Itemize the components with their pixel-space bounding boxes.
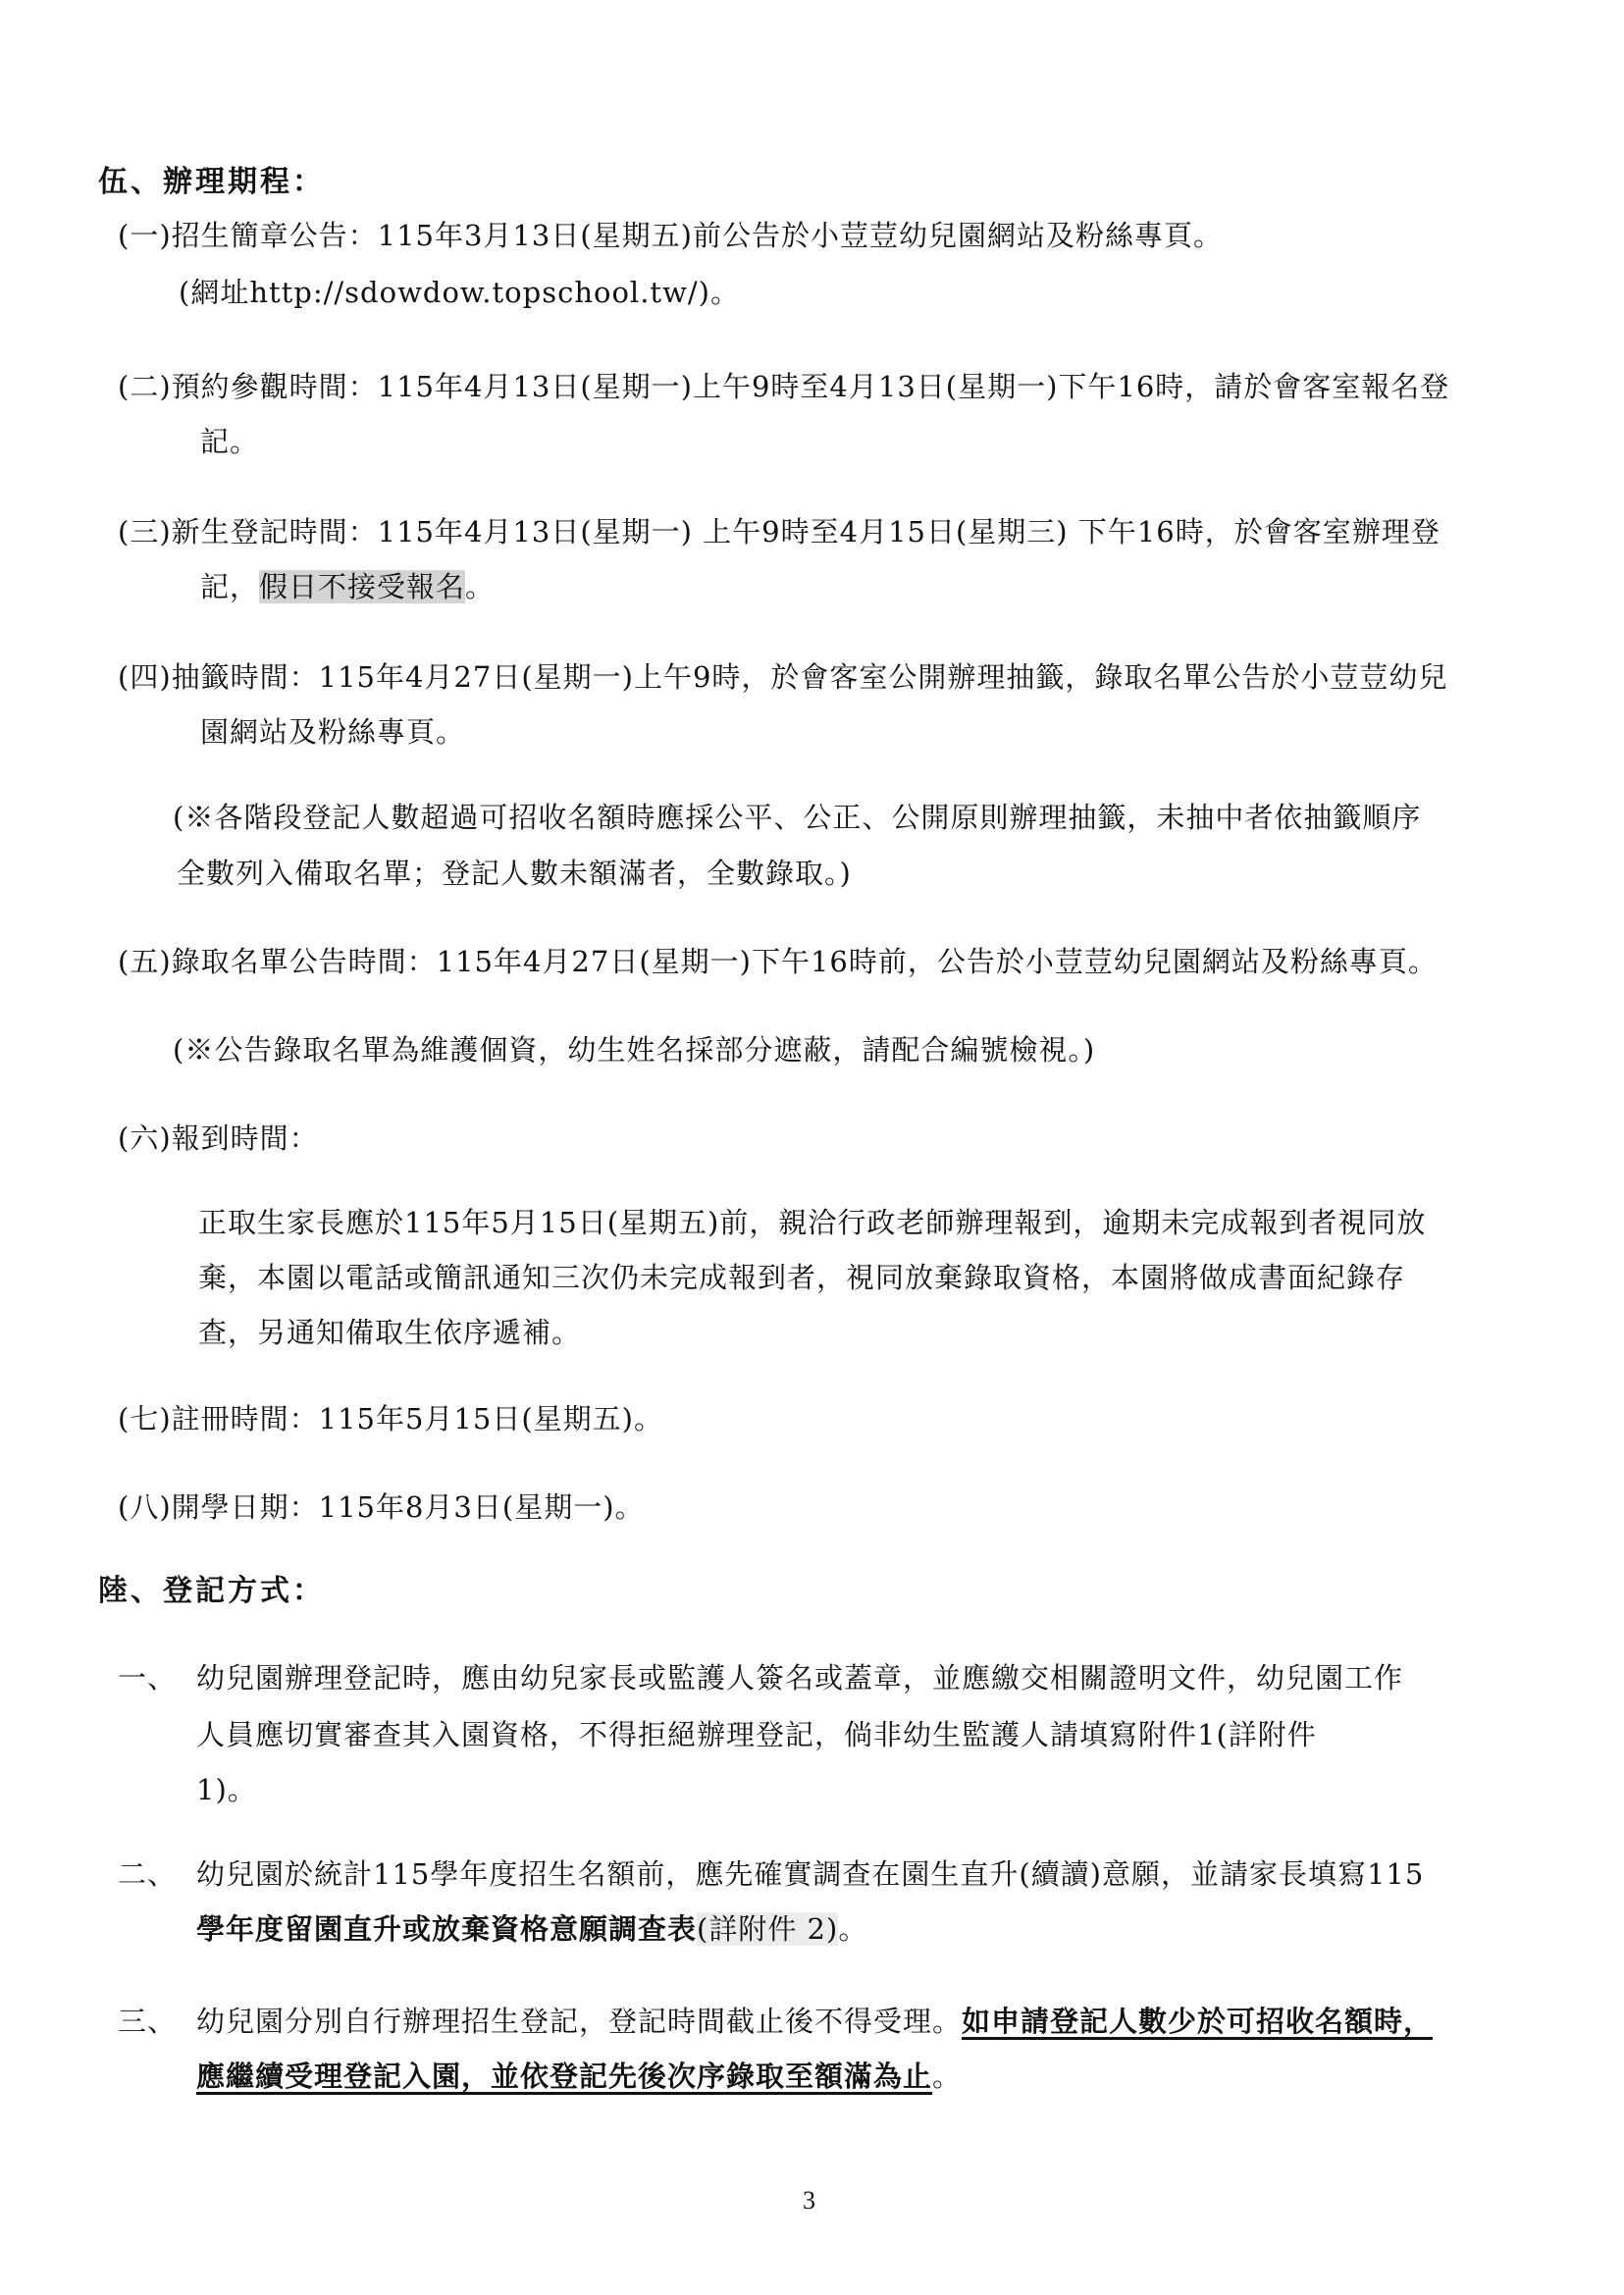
reg-item-3-emphasis-2: 應繼續受理登記入園，並依登記先後次序錄取至額滿為止 — [196, 2060, 932, 2093]
item-1-line-1: (一)招生簡章公告：115年3月13日(星期五)前公告於小荳荳幼兒園網站及粉絲專… — [118, 218, 1223, 253]
item-2-line-1: (二)預約參觀時間：115年4月13日(星期一)上午9時至4月13日(星期一)下… — [118, 369, 1449, 404]
reg-item-2-line-1: 幼兒園於統計115學年度招生名額前，應先確實調查在園生直升(續讀)意願，並請家長… — [196, 1856, 1424, 1892]
reg-item-1-marker: 一、 — [118, 1660, 177, 1695]
item-7-line-1: (七)註冊時間：115年5月15日(星期五)。 — [118, 1401, 663, 1436]
item-4-line-1: (四)抽籤時間：115年4月27日(星期一)上午9時，於會客室公開辦理抽籤，錄取… — [118, 659, 1447, 695]
item-1-url: (網址http://sdowdow.topschool.tw/)。 — [179, 275, 740, 310]
section-5-heading: 伍、辦理期程： — [98, 165, 325, 200]
lottery-note-line-1: (※各階段登記人數超過可招收名額時應採公平、公正、公開原則辦理抽籤，未抽中者依抽… — [173, 800, 1421, 835]
attachment-2-ref: (詳附件 2) — [697, 1912, 838, 1946]
item-3-suffix: 。 — [465, 570, 495, 603]
reg-item-1-line-2: 人員應切實審查其入園資格，不得拒絕辦理登記，倘非幼生監護人請填寫附件1(詳附件 — [196, 1717, 1317, 1752]
item-8-line-1: (八)開學日期：115年8月3日(星期一)。 — [118, 1489, 645, 1525]
reg-item-2-marker: 二、 — [118, 1856, 177, 1892]
reg-item-3-plain: 幼兒園分別自行辦理招生登記，登記時間截止後不得受理。 — [196, 2005, 962, 2038]
registration-body-line-1: 正取生家長應於115年5月15日(星期五)前，親洽行政老師辦理報到，逾期未完成報… — [198, 1205, 1426, 1240]
item-3-prefix: 記， — [200, 570, 259, 603]
reg-item-1-line-3: 1)。 — [196, 1772, 257, 1807]
reg-item-3-marker: 三、 — [118, 2004, 177, 2039]
reg-item-2-suffix: 。 — [838, 1912, 867, 1946]
section-6-heading: 陸、登記方式： — [98, 1574, 325, 1609]
item-2-line-2: 記。 — [200, 424, 259, 459]
item-4-line-2: 園網站及粉絲專頁。 — [200, 714, 465, 750]
item-5-line-1: (五)錄取名單公告時間：115年4月27日(星期一)下午16時前，公告於小荳荳幼… — [118, 944, 1438, 979]
item-3-line-1: (三)新生登記時間：115年4月13日(星期一) 上午9時至4月15日(星期三)… — [118, 514, 1441, 549]
lottery-note-line-2: 全數列入備取名單；登記人數未額滿者，全數錄取。) — [177, 856, 852, 891]
item-6-line-1: (六)報到時間： — [118, 1121, 319, 1156]
reg-item-3-line-1: 幼兒園分別自行辦理招生登記，登記時間截止後不得受理。如申請登記人數少於可招收名額… — [196, 2004, 1433, 2039]
registration-body-line-2: 棄，本園以電話或簡訊通知三次仍未完成報到者，視同放棄錄取資格，本園將做成書面紀錄… — [198, 1260, 1405, 1295]
survey-form-title: 學年度留園直升或放棄資格意願調查表 — [196, 1912, 697, 1946]
reg-item-3-emphasis-1: 如申請登記人數少於可招收名額時， — [962, 2005, 1433, 2038]
privacy-note: (※公告錄取名單為維護個資，幼生姓名採部分遮蔽，請配合編號檢視。) — [173, 1032, 1095, 1068]
item-3-line-2: 記，假日不接受報名。 — [200, 569, 495, 604]
reg-item-3-suffix: 。 — [932, 2060, 962, 2093]
reg-item-2-line-2: 學年度留園直升或放棄資格意願調查表(詳附件 2)。 — [196, 1911, 867, 1947]
reg-item-1-line-1: 幼兒園辦理登記時，應由幼兒家長或監護人簽名或蓋章，並應繳交相關證明文件，幼兒園工… — [196, 1660, 1403, 1695]
page-number: 3 — [803, 2186, 815, 2216]
registration-body-line-3: 查，另通知備取生依序遞補。 — [198, 1315, 581, 1350]
reg-item-3-line-2: 應繼續受理登記入園，並依登記先後次序錄取至額滿為止。 — [196, 2059, 962, 2094]
holiday-notice-highlight: 假日不接受報名 — [259, 570, 465, 603]
